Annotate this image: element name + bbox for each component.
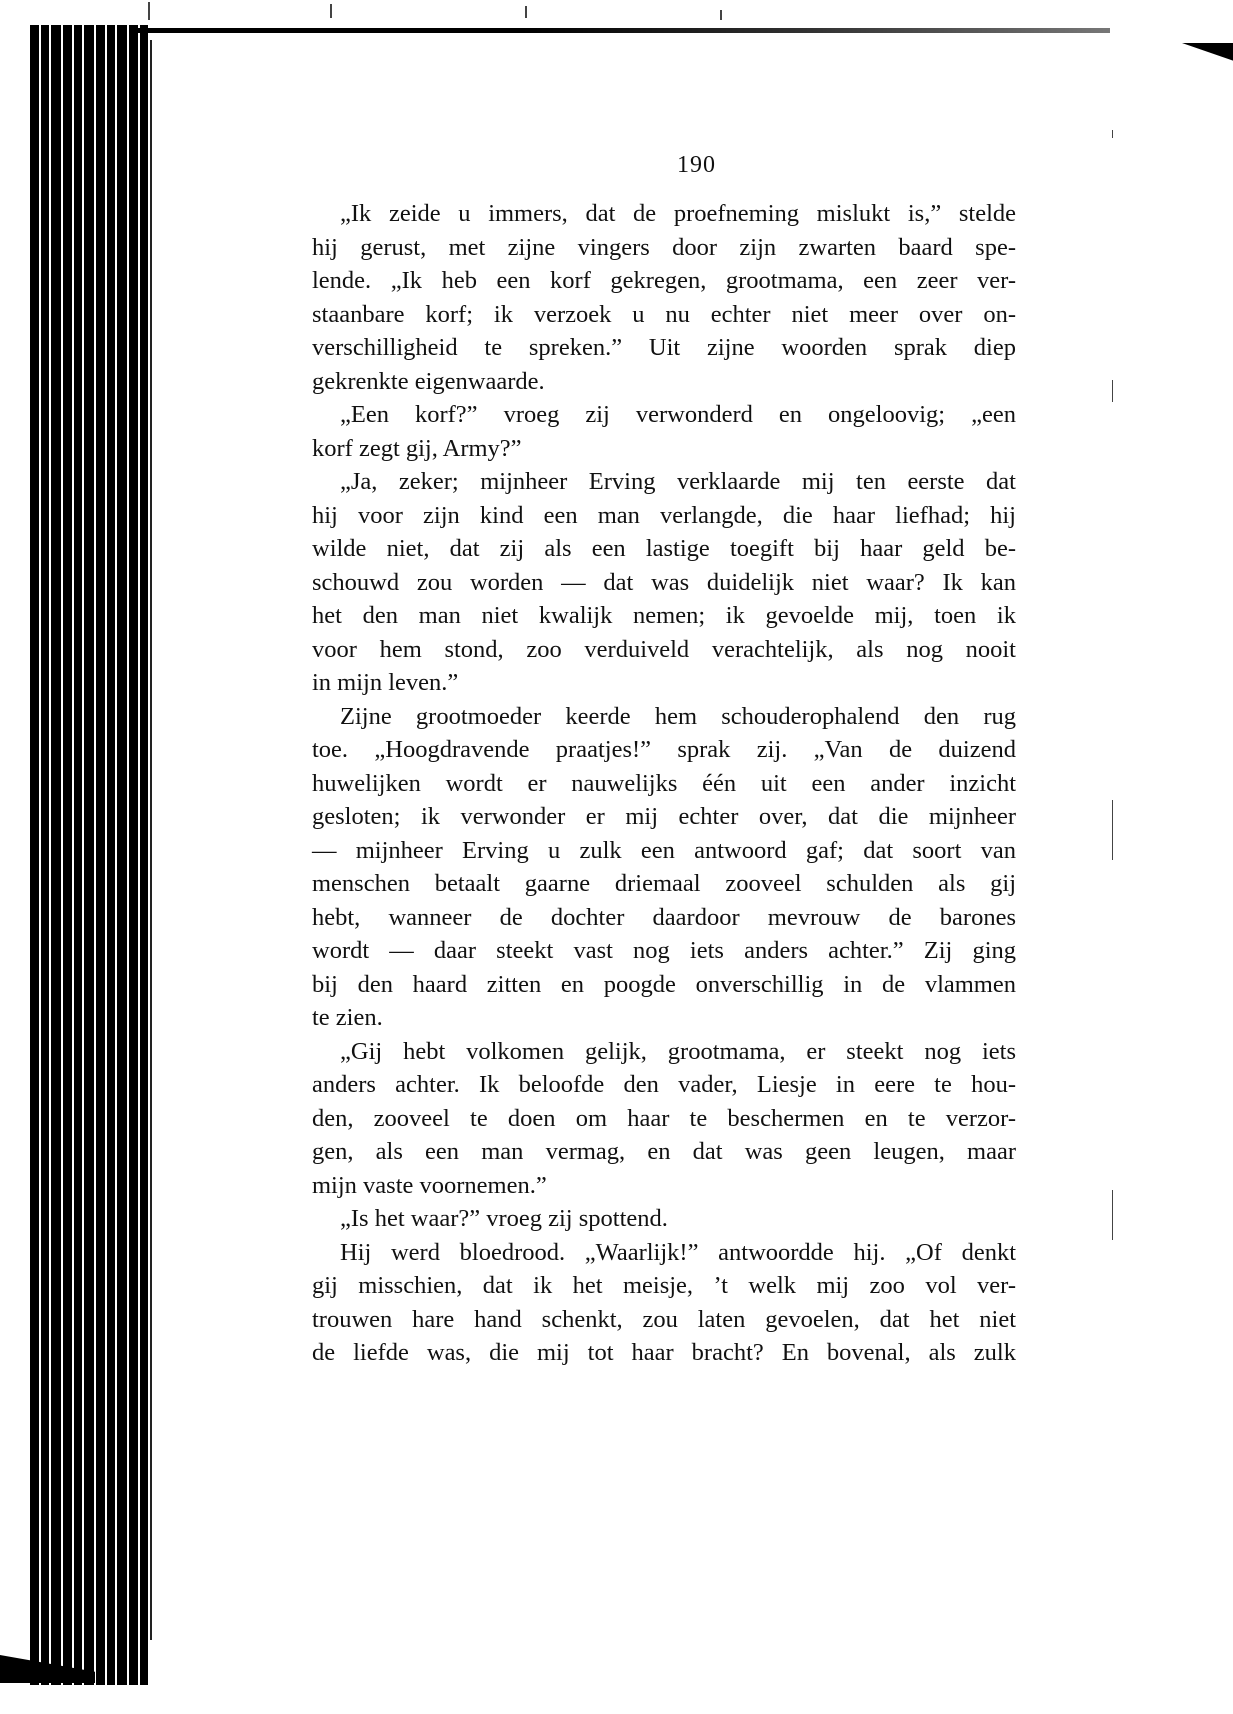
corner-scan-mark — [1182, 43, 1233, 61]
scan-tick — [148, 2, 150, 20]
text-line: het den man niet kwalijk nemen; ik gevoe… — [312, 599, 1016, 633]
text-line: — mijnheer Erving u zulk een antwoord ga… — [312, 834, 1016, 868]
text-line: wilde niet, dat zij als een lastige toeg… — [312, 532, 1016, 566]
margin-speck — [1112, 380, 1113, 402]
text-line: schouwd zou worden — dat was duidelijk n… — [312, 566, 1016, 600]
text-line: hij gerust, met zijne vingers door zijn … — [312, 231, 1016, 265]
text-line: te zien. — [312, 1001, 1016, 1035]
text-line: voor hem stond, zoo verduiveld verachtel… — [312, 633, 1016, 667]
text-line: staanbare korf; ik verzoek u nu echter n… — [312, 298, 1016, 332]
text-line: hebt, wanneer de dochter daardoor mevrou… — [312, 901, 1016, 935]
text-line: bij den haard zitten en poogde onverschi… — [312, 968, 1016, 1002]
text-line: „Is het waar?” vroeg zij spottend. — [340, 1202, 1016, 1236]
text-line: „Ja, zeker; mijnheer Erving verklaarde m… — [340, 465, 1016, 499]
book-spine-binding — [30, 25, 148, 1685]
text-line: mijn vaste voornemen.” — [312, 1169, 1016, 1203]
text-line: verschilligheid te spreken.” Uit zijne w… — [312, 331, 1016, 365]
top-page-edge — [130, 28, 1110, 33]
text-line: den, zooveel te doen om haar te bescherm… — [312, 1102, 1016, 1136]
text-line: Hij werd bloedrood. „Waarlijk!” antwoord… — [340, 1236, 1016, 1270]
text-line: trouwen hare hand schenkt, zou laten gev… — [312, 1303, 1016, 1337]
text-line: huwelijken wordt er nauwelijks één uit e… — [312, 767, 1016, 801]
gutter-line — [150, 40, 152, 1640]
margin-speck — [1112, 130, 1113, 138]
text-line: gen, als een man vermag, en dat was geen… — [312, 1135, 1016, 1169]
scan-tick — [330, 4, 332, 18]
text-line: Zijne grootmoeder keerde hem schouderoph… — [340, 700, 1016, 734]
scan-tick — [720, 10, 722, 20]
text-line: in mijn leven.” — [312, 666, 1016, 700]
text-line: hij voor zijn kind een man verlangde, di… — [312, 499, 1016, 533]
body-text: „Ik zeide u immers, dat de proefneming m… — [340, 197, 1016, 1370]
text-line: gij misschien, dat ik het meisje, ’t wel… — [312, 1269, 1016, 1303]
text-line: anders achter. Ik beloofde den vader, Li… — [312, 1068, 1016, 1102]
text-line: „Ik zeide u immers, dat de proefneming m… — [340, 197, 1016, 231]
text-line: gekrenkte eigenwaarde. — [312, 365, 1016, 399]
text-line: „Gij hebt volkomen gelijk, grootmama, er… — [340, 1035, 1016, 1069]
text-line: wordt — daar steekt vast nog iets anders… — [312, 934, 1016, 968]
text-line: menschen betaalt gaarne driemaal zooveel… — [312, 867, 1016, 901]
scan-tick — [525, 6, 527, 18]
page-number: 190 — [80, 152, 1233, 179]
margin-speck — [1112, 800, 1113, 860]
text-line: gesloten; ik verwonder er mij echter ove… — [312, 800, 1016, 834]
text-line: „Een korf?” vroeg zij verwonderd en onge… — [340, 398, 1016, 432]
text-line: korf zegt gij, Army?” — [312, 432, 1016, 466]
text-line: de liefde was, die mij tot haar bracht? … — [312, 1336, 1016, 1370]
text-line: toe. „Hoogdravende praatjes!” sprak zij.… — [312, 733, 1016, 767]
text-line: lende. „Ik heb een korf gekregen, grootm… — [312, 264, 1016, 298]
margin-speck — [1112, 1190, 1113, 1240]
